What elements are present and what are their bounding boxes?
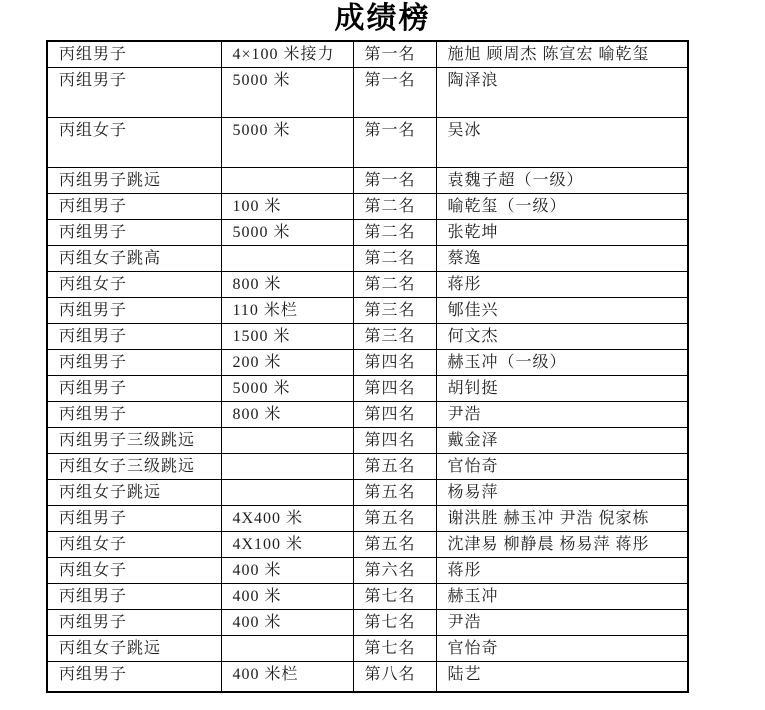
table-row: 丙组男子 5000 米 第二名 张乾坤: [47, 220, 688, 246]
group-cell: 丙组男子: [47, 662, 221, 693]
event-cell: 800 米: [221, 272, 353, 298]
event-cell: 4X100 米: [221, 532, 353, 558]
rank-cell: 第三名: [353, 298, 436, 324]
names-cell: 谢洪胜 赫玉冲 尹浩 倪家栋: [436, 506, 688, 532]
group-cell: 丙组男子: [47, 220, 221, 246]
names-cell: 蔡逸: [436, 246, 688, 272]
names-cell: 尹浩: [436, 610, 688, 636]
rank-cell: 第二名: [353, 272, 436, 298]
names-cell: 尹浩: [436, 402, 688, 428]
rank-cell: 第二名: [353, 246, 436, 272]
table-row: 丙组女子跳高 第二名 蔡逸: [47, 246, 688, 272]
results-table-body: 丙组男子 4×100 米接力 第一名 施旭 顾周杰 陈宣宏 喻乾玺 丙组男子 5…: [47, 41, 688, 692]
table-row: 丙组女子 400 米 第六名 蒋彤: [47, 558, 688, 584]
table-row: 丙组男子 1500 米 第三名 何文杰: [47, 324, 688, 350]
group-cell: 丙组男子跳远: [47, 168, 221, 194]
group-cell: 丙组男子: [47, 68, 221, 118]
names-cell: 赫玉冲（一级）: [436, 350, 688, 376]
event-cell: 1500 米: [221, 324, 353, 350]
group-cell: 丙组女子: [47, 532, 221, 558]
group-cell: 丙组男子: [47, 41, 221, 68]
group-cell: 丙组男子: [47, 402, 221, 428]
rank-cell: 第五名: [353, 506, 436, 532]
table-row: 丙组男子 100 米 第二名 喻乾玺（一级）: [47, 194, 688, 220]
event-cell: [221, 168, 353, 194]
event-cell: 110 米栏: [221, 298, 353, 324]
table-row: 丙组女子 800 米 第二名 蒋彤: [47, 272, 688, 298]
group-cell: 丙组女子跳远: [47, 480, 221, 506]
group-cell: 丙组男子: [47, 376, 221, 402]
table-row: 丙组男子 110 米栏 第三名 郇佳兴: [47, 298, 688, 324]
group-cell: 丙组男子: [47, 584, 221, 610]
names-cell: 喻乾玺（一级）: [436, 194, 688, 220]
results-table: 丙组男子 4×100 米接力 第一名 施旭 顾周杰 陈宣宏 喻乾玺 丙组男子 5…: [46, 40, 689, 693]
names-cell: 杨易萍: [436, 480, 688, 506]
rank-cell: 第四名: [353, 402, 436, 428]
names-cell: 陆艺: [436, 662, 688, 693]
table-row: 丙组男子 5000 米 第一名 陶泽浪: [47, 68, 688, 118]
rank-cell: 第五名: [353, 454, 436, 480]
group-cell: 丙组女子三级跳远: [47, 454, 221, 480]
rank-cell: 第二名: [353, 220, 436, 246]
names-cell: 陶泽浪: [436, 68, 688, 118]
table-row: 丙组男子 200 米 第四名 赫玉冲（一级）: [47, 350, 688, 376]
table-row: 丙组男子 400 米栏 第八名 陆艺: [47, 662, 688, 693]
table-row: 丙组男子 5000 米 第四名 胡钊挺: [47, 376, 688, 402]
table-row: 丙组女子三级跳远 第五名 官怡奇: [47, 454, 688, 480]
event-cell: 200 米: [221, 350, 353, 376]
group-cell: 丙组男子: [47, 324, 221, 350]
event-cell: 400 米: [221, 558, 353, 584]
event-cell: [221, 428, 353, 454]
names-cell: 施旭 顾周杰 陈宣宏 喻乾玺: [436, 41, 688, 68]
event-cell: [221, 636, 353, 662]
rank-cell: 第七名: [353, 636, 436, 662]
names-cell: 官怡奇: [436, 454, 688, 480]
names-cell: 张乾坤: [436, 220, 688, 246]
rank-cell: 第三名: [353, 324, 436, 350]
table-row: 丙组女子跳远 第五名 杨易萍: [47, 480, 688, 506]
rank-cell: 第七名: [353, 584, 436, 610]
table-row: 丙组女子 4X100 米 第五名 沈津易 柳静晨 杨易萍 蒋彤: [47, 532, 688, 558]
rank-cell: 第二名: [353, 194, 436, 220]
group-cell: 丙组男子: [47, 610, 221, 636]
event-cell: 100 米: [221, 194, 353, 220]
event-cell: [221, 246, 353, 272]
group-cell: 丙组女子跳高: [47, 246, 221, 272]
table-row: 丙组男子三级跳远 第四名 戴金泽: [47, 428, 688, 454]
names-cell: 何文杰: [436, 324, 688, 350]
names-cell: 戴金泽: [436, 428, 688, 454]
group-cell: 丙组男子: [47, 350, 221, 376]
group-cell: 丙组男子三级跳远: [47, 428, 221, 454]
table-row: 丙组女子 5000 米 第一名 吴冰: [47, 118, 688, 168]
event-cell: 5000 米: [221, 220, 353, 246]
rank-cell: 第一名: [353, 118, 436, 168]
event-cell: 400 米: [221, 610, 353, 636]
rank-cell: 第一名: [353, 168, 436, 194]
table-row: 丙组男子 400 米 第七名 赫玉冲: [47, 584, 688, 610]
names-cell: 蒋彤: [436, 272, 688, 298]
names-cell: 赫玉冲: [436, 584, 688, 610]
names-cell: 蒋彤: [436, 558, 688, 584]
table-row: 丙组男子 4×100 米接力 第一名 施旭 顾周杰 陈宣宏 喻乾玺: [47, 41, 688, 68]
names-cell: 官怡奇: [436, 636, 688, 662]
event-cell: 5000 米: [221, 68, 353, 118]
page-title: 成绩榜: [0, 1, 765, 37]
rank-cell: 第八名: [353, 662, 436, 693]
group-cell: 丙组男子: [47, 506, 221, 532]
names-cell: 吴冰: [436, 118, 688, 168]
event-cell: 5000 米: [221, 118, 353, 168]
names-cell: 沈津易 柳静晨 杨易萍 蒋彤: [436, 532, 688, 558]
event-cell: 800 米: [221, 402, 353, 428]
event-cell: 400 米: [221, 584, 353, 610]
event-cell: 4×100 米接力: [221, 41, 353, 68]
rank-cell: 第五名: [353, 480, 436, 506]
names-cell: 胡钊挺: [436, 376, 688, 402]
rank-cell: 第五名: [353, 532, 436, 558]
rank-cell: 第七名: [353, 610, 436, 636]
rank-cell: 第四名: [353, 350, 436, 376]
group-cell: 丙组女子跳远: [47, 636, 221, 662]
names-cell: 郇佳兴: [436, 298, 688, 324]
event-cell: 5000 米: [221, 376, 353, 402]
group-cell: 丙组女子: [47, 118, 221, 168]
event-cell: 400 米栏: [221, 662, 353, 693]
table-row: 丙组男子跳远 第一名 袁魏子超（一级）: [47, 168, 688, 194]
group-cell: 丙组男子: [47, 194, 221, 220]
table-row: 丙组男子 4X400 米 第五名 谢洪胜 赫玉冲 尹浩 倪家栋: [47, 506, 688, 532]
event-cell: [221, 480, 353, 506]
group-cell: 丙组男子: [47, 298, 221, 324]
rank-cell: 第四名: [353, 428, 436, 454]
group-cell: 丙组女子: [47, 272, 221, 298]
table-row: 丙组男子 400 米 第七名 尹浩: [47, 610, 688, 636]
table-row: 丙组男子 800 米 第四名 尹浩: [47, 402, 688, 428]
rank-cell: 第六名: [353, 558, 436, 584]
names-cell: 袁魏子超（一级）: [436, 168, 688, 194]
rank-cell: 第一名: [353, 41, 436, 68]
rank-cell: 第四名: [353, 376, 436, 402]
event-cell: 4X400 米: [221, 506, 353, 532]
rank-cell: 第一名: [353, 68, 436, 118]
event-cell: [221, 454, 353, 480]
group-cell: 丙组女子: [47, 558, 221, 584]
table-row: 丙组女子跳远 第七名 官怡奇: [47, 636, 688, 662]
